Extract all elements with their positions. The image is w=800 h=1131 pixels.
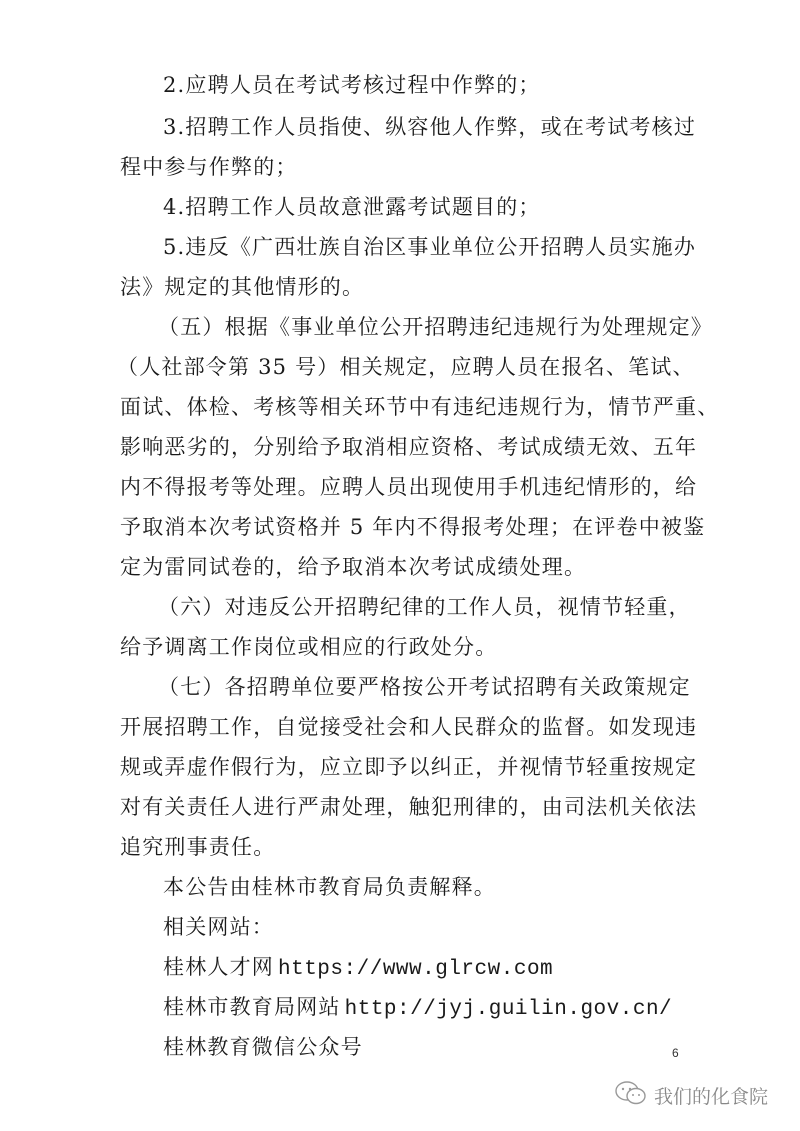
- text-line: 相关网站：: [163, 914, 274, 940]
- text-line: 面试、体检、考核等相关环节中有违纪违规行为，情节严重、: [120, 394, 719, 420]
- website-line: 桂林人才网https://www.glrcw.com: [163, 954, 553, 983]
- page-number: 6: [672, 1046, 679, 1060]
- text-line: 4.招聘工作人员故意泄露考试题目的；: [163, 194, 541, 220]
- website-url-link[interactable]: https://www.glrcw.com: [278, 958, 553, 981]
- text-line: 影响恶劣的，分别给予取消相应资格、考试成绩无效、五年: [120, 434, 697, 460]
- text-line: 规或弄虚作假行为，应立即予以纠正，并视情节轻重按规定: [120, 754, 697, 780]
- text-line: 本公告由桂林市教育局负责解释。: [163, 874, 496, 900]
- text-line: （七）各招聘单位要严格按公开考试招聘有关政策规定: [158, 674, 691, 700]
- text-line: （人社部令第 35 号）相关规定，应聘人员在报名、笔试、: [117, 354, 695, 380]
- text-line: 予取消本次考试资格并 5 年内不得报考处理；在评卷中被鉴: [120, 514, 705, 540]
- text-line: 对有关责任人进行严肃处理，触犯刑律的，由司法机关依法: [120, 794, 697, 820]
- watermark-text: 我们的化食院: [654, 1082, 768, 1109]
- watermark: 我们的化食院: [614, 1080, 768, 1111]
- text-line: 定为雷同试卷的，给予取消本次考试成绩处理。: [120, 554, 586, 580]
- text-line: 开展招聘工作，自觉接受社会和人民群众的监督。如发现违: [120, 714, 697, 740]
- website-line: 桂林市教育局网站http://jyj.guilin.gov.cn/: [163, 994, 672, 1023]
- wechat-icon: [614, 1080, 648, 1111]
- text-line: 5.违反《广西壮族自治区事业单位公开招聘人员实施办: [163, 234, 696, 260]
- text-line: 给予调离工作岗位或相应的行政处分。: [120, 634, 497, 660]
- text-line: （五）根据《事业单位公开招聘违纪违规行为处理规定》: [158, 314, 713, 340]
- text-line: （六）对违反公开招聘纪律的工作人员，视情节轻重，: [158, 594, 691, 620]
- text-line: 3.招聘工作人员指使、纵容他人作弊，或在考试考核过: [163, 114, 696, 140]
- website-name: 桂林人才网: [163, 955, 274, 979]
- text-line: 法》规定的其他情形的。: [120, 274, 364, 300]
- text-line: 内不得报考等处理。应聘人员出现使用手机违纪情形的，给: [120, 474, 697, 500]
- website-name: 桂林市教育局网站: [163, 995, 341, 1019]
- text-line: 2.应聘人员在考试考核过程中作弊的；: [163, 72, 541, 98]
- website-url-link[interactable]: http://jyj.guilin.gov.cn/: [345, 998, 673, 1021]
- wechat-account-line: 桂林教育微信公众号: [163, 1034, 363, 1060]
- text-line: 程中参与作弊的；: [120, 154, 298, 180]
- text-line: 追究刑事责任。: [120, 834, 275, 860]
